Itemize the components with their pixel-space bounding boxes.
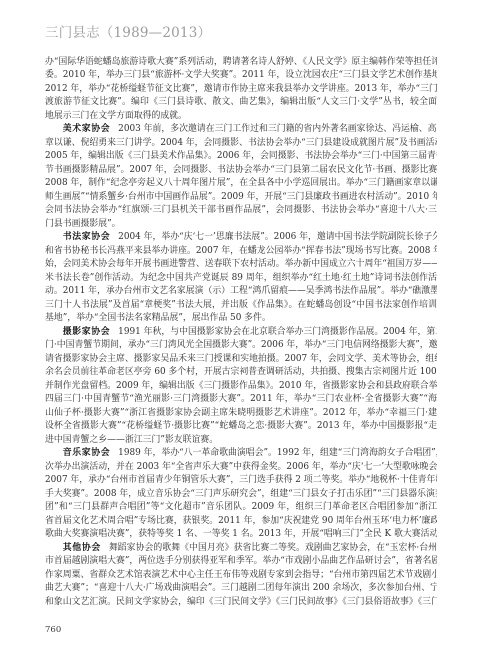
line-text: 省首届文化艺术周合唱”专场比赛，获银奖。2011 年，参加“庆祝建党 90 周年…: [45, 516, 437, 526]
section-paragraph: 音乐家协会1989 年，举办“八一革命歌曲演唱会”。1992 年，组建“三门湾海…: [45, 447, 437, 542]
line-text: 2005 年，编辑出版《三门县美术作品集》。2006 年，会同摄影、书法协会举办…: [45, 151, 437, 161]
text-line: 请省摄影家协会主席、摄影家吴品禾来三门授课和实地拍摄。2007 年，会同文学、美…: [45, 353, 437, 367]
line-text: 米书法长卷”创作活动。为纪念中国共产党诞辰 89 周年，组织举办“红土地·红土地…: [45, 273, 437, 283]
text-line: 米书法长卷”创作活动。为纪念中国共产党诞辰 89 周年，组织举办“红土地·红土地…: [45, 272, 437, 286]
text-line: 书法家协会2004 年，举办“庆‘七一’思廉书法展”。2006 年，邀请中国书法…: [45, 231, 437, 245]
line-text: 市首届越剧演唱大赛”，两位选手分别获得亚军和季军。举办“市戏剧小品曲艺作品研讨会…: [45, 556, 437, 566]
line-text: 1989 年，举办“八一革命歌曲演唱会”。1992 年，组建“三门湾海韵女子合唱…: [118, 448, 437, 458]
section-heading: 其他协会: [63, 543, 101, 553]
text-line: 2012 年，举办“花桥缢蛏节征文比赛”，邀请市作协主席来我县举办文学讲座。20…: [45, 83, 437, 97]
text-line: 其他协会舞蹈家协会的歌舞《中国月亮》获省比赛二等奖。戏剧曲艺家协会，在“玉宏杯·…: [45, 542, 437, 556]
line-text: 门县书画摄影展”。: [45, 219, 121, 229]
line-text: 动。2011 年，承办台州市文艺名家展演（示）工程“鸿爪留痕——吴季鸿书法作品展…: [45, 286, 437, 296]
text-line: 并制作光盘留档。2009 年，编辑出版《三门摄影作品集》。2010 年，省摄影家…: [45, 380, 437, 394]
line-text: 渡旅游节征文比赛”。编印《三门县诗歌、散文、曲艺集》，编辑出版“人文三门·文学”…: [45, 97, 437, 107]
text-line: 和象山文艺汇演。民间文学家协会，编印《三门民间文学》《三门民间故事》《三门县俗语…: [45, 596, 437, 610]
text-line: 委。2010 年，举办三门县“旅游杯·文学大奖赛”。2011 年，设立沈园农庄“…: [45, 69, 437, 83]
line-text: 曲艺大赛”；“喜迎十八大·广场戏曲演唱会”。三门越剧二团每年演出 200 余场次…: [45, 583, 437, 593]
text-line: 次举办出演活动，并在 2003 年“全省声乐大赛”中获得金奖。2006 年，举办…: [45, 461, 437, 475]
line-text: 歌曲大奖赛演唱决赛”，获特等奖 1 名、一等奖 1 名。2013 年，开展“唱响…: [45, 529, 437, 539]
text-line: 办“国际华语蛇蟠岛旅游诗歌大赛”系列活动，聘请著名诗人舒婷、《人民文学》原主编韩…: [45, 56, 437, 70]
text-line: 音乐家协会1989 年，举办“八一革命歌曲演唱会”。1992 年，组建“三门湾海…: [45, 447, 437, 461]
text-line: 和省书协秘书长冯燕平来县举办讲座。2007 年，在蟠龙公园举办“挥春书法”现场书…: [45, 245, 437, 259]
line-text: 2008 年，制作“纪念亭旁起义八十周年图片展”，在全县各中小学巡回展出。举办“…: [45, 178, 437, 188]
line-text: 2007 年，承办“台州市首届青少年铜管乐大赛”，三门选手获得 2 项二等奖。举…: [45, 475, 437, 485]
text-line: 曲艺大赛”；“喜迎十八大·广场戏曲演唱会”。三门越剧二团每年演出 200 余场次…: [45, 582, 437, 596]
line-text: 2012 年，举办“花桥缢蛏节征文比赛”，邀请市作协主席来我县举办文学讲座。20…: [45, 84, 437, 94]
line-text: 基地”，举办“全国书法名家精品展”，展出作品 50 多件。: [45, 313, 271, 323]
continued-paragraph: 办“国际华语蛇蟠岛旅游诗歌大赛”系列活动，聘请著名诗人舒婷、《人民文学》原主编韩…: [45, 56, 437, 124]
line-text: 四届三门·中国青蟹节“渔光丽影·三门湾摄影大赛”。2011 年，举办“三门农业杯…: [45, 394, 437, 404]
text-line: 团”和“三门县群声合唱团”等“文化超市”音乐团队。2009 年，组织三门革命老区…: [45, 501, 437, 515]
section-paragraph: 摄影家协会1991 年秋，与中国摄影家协会在北京联合举办三门湾摄影作品展。200…: [45, 326, 437, 448]
line-text: 进中国青蟹之乡——浙江三门”影友联谊赛。: [45, 435, 218, 445]
section-paragraph: 书法家协会2004 年，举办“庆‘七一’思廉书法展”。2006 年，邀请中国书法…: [45, 231, 437, 326]
section-heading: 摄影家协会: [63, 327, 110, 337]
line-text: 团”和“三门县群声合唱团”等“文化超市”音乐团队。2009 年，组织三门革命老区…: [45, 502, 437, 512]
line-text: 和省书协秘书长冯燕平来县举办讲座。2007 年，在蟠龙公园举办“挥春书法”现场书…: [45, 246, 437, 256]
line-text: 并制作光盘留档。2009 年，编辑出版《三门摄影作品集》。2010 年，省摄影家…: [45, 381, 437, 391]
line-text: 和象山文艺汇演。民间文学家协会，编印《三门民间文学》《三门民间故事》《三门县俗语…: [45, 597, 437, 607]
text-line: 进中国青蟹之乡——浙江三门”影友联谊赛。: [45, 434, 437, 448]
text-line: 动。2011 年，承办台州市文艺名家展演（示）工程“鸿爪留痕——吴季鸿书法作品展…: [45, 285, 437, 299]
document-page: 三门县志（1989—2013） 办“国际华语蛇蟠岛旅游诗歌大赛”系列活动，聘请著…: [0, 0, 480, 651]
line-text: 办“国际华语蛇蟠岛旅游诗歌大赛”系列活动，聘请著名诗人舒婷、《人民文学》原主编韩…: [45, 57, 437, 67]
line-text: 师生画展”“情系蟹乡·台州市中国画作品展”。2009 年，开展“三门县廉政书画进…: [45, 192, 437, 202]
text-line: 会同书法协会举办“红旗颂·三门县机关干部书画作品展”，会同摄影、书法协会举办“喜…: [45, 204, 437, 218]
line-text: 始，会同美术协会每年开展书画进警营、送春联下农村活动。举办新中国成立六十周年“祖…: [45, 259, 437, 269]
text-line: 市首届越剧演唱大赛”，两位选手分别获得亚军和季军。举办“市戏剧小品曲艺作品研讨会…: [45, 555, 437, 569]
line-text: 节书画摄影精品展”。2007 年，会同摄影、书法协会举办“三门县第二届农民文化节…: [45, 165, 437, 175]
section-heading: 音乐家协会: [63, 448, 110, 458]
line-text: 三门十人书法展”及首届“章梗奖”书法大展，并出版《作品集》。在蛇蟠岛创设“中国书…: [45, 300, 437, 310]
line-text: 次举办出演活动，并在 2003 年“全省声乐大赛”中获得金奖。2006 年，举办…: [45, 462, 437, 472]
page-number: 760: [45, 624, 61, 636]
text-line: 章以谦、倪绍勇来三门讲学。2004 年，会同摄影、书法协会举办“三门县建设成就图…: [45, 137, 437, 151]
text-line: 基地”，举办“全国书法名家精品展”，展出作品 50 多件。: [45, 312, 437, 326]
text-line: 门县书画摄影展”。: [45, 218, 437, 232]
text-line: 手大奖赛”。2008 年，成立音乐协会“三门声乐研究会”，组建“三门县女子打击乐…: [45, 488, 437, 502]
text-line: 师生画展”“情系蟹乡·台州市中国画作品展”。2009 年，开展“三门县廉政书画进…: [45, 191, 437, 205]
text-line: 摄影家协会1991 年秋，与中国摄影家协会在北京联合举办三门湾摄影作品展。200…: [45, 326, 437, 340]
text-line: 2007 年，承办“台州市首届青少年铜管乐大赛”，三门选手获得 2 项二等奖。举…: [45, 474, 437, 488]
text-line: 门·中国青蟹节期间，承办“三门湾风光全国摄影大赛”。2006 年，举办“三门电信…: [45, 339, 437, 353]
line-text: 章以谦、倪绍勇来三门讲学。2004 年，会同摄影、书法协会举办“三门县建设成就图…: [45, 138, 437, 148]
running-title: 三门县志（1989—2013）: [45, 24, 211, 42]
line-text: 地展示三门在文学方面取得的成就。: [45, 111, 187, 121]
text-line: 美术家协会2003 年前，多次邀请在三门工作过和三门籍的省内外著名画家徐达、冯运…: [45, 123, 437, 137]
body-text: 办“国际华语蛇蟠岛旅游诗歌大赛”系列活动，聘请著名诗人舒婷、《人民文学》原主编韩…: [45, 56, 437, 610]
line-text: 设杯全省摄影大赛”“花桥缢蛏节·摄影比赛”“蛇蟠岛之恋·摄影大赛”。2013 年…: [45, 421, 437, 431]
text-line: 渡旅游节征文比赛”。编印《三门县诗歌、散文、曲艺集》，编辑出版“人文三门·文学”…: [45, 96, 437, 110]
line-text: 会同书法协会举办“红旗颂·三门县机关干部书画作品展”，会同摄影、书法协会举办“喜…: [45, 205, 437, 215]
section-heading: 书法家协会: [63, 232, 110, 242]
text-line: 省首届文化艺术周合唱”专场比赛，获银奖。2011 年，参加“庆祝建党 90 周年…: [45, 515, 437, 529]
line-text: 1991 年秋，与中国摄影家协会在北京联合举办三门湾摄影作品展。2004 年，第…: [118, 327, 437, 337]
text-line: 四届三门·中国青蟹节“渔光丽影·三门湾摄影大赛”。2011 年，举办“三门农业杯…: [45, 393, 437, 407]
section-paragraph: 其他协会舞蹈家协会的歌舞《中国月亮》获省比赛二等奖。戏剧曲艺家协会，在“玉宏杯·…: [45, 542, 437, 610]
text-line: 2008 年，制作“纪念亭旁起义八十周年图片展”，在全县各中小学巡回展出。举办“…: [45, 177, 437, 191]
line-text: 门·中国青蟹节期间，承办“三门湾风光全国摄影大赛”。2006 年，举办“三门电信…: [45, 340, 437, 350]
text-line: 三门十人书法展”及首届“章梗奖”书法大展，并出版《作品集》。在蛇蟠岛创设“中国书…: [45, 299, 437, 313]
text-line: 始，会同美术协会每年开展书画进警营、送春联下农村活动。举办新中国成立六十周年“祖…: [45, 258, 437, 272]
line-text: 舞蹈家协会的歌舞《中国月亮》获省比赛二等奖。戏剧曲艺家协会，在“玉宏杯·台州: [109, 543, 437, 553]
text-line: 歌曲大奖赛演唱决赛”，获特等奖 1 名、一等奖 1 名。2013 年，开展“唱响…: [45, 528, 437, 542]
line-text: 山仙子杯·摄影大赛”“浙江省摄影家协会副主席朱晓明摄影艺术讲座”。2012 年，…: [45, 408, 437, 418]
line-text: 委。2010 年，举办三门县“旅游杯·文学大奖赛”。2011 年，设立沈园农庄“…: [45, 70, 437, 80]
line-text: 余名会员前往革命老区亭旁 60 多个村，开展古宗祠普查调研活动，共拍摄、搜集古宗…: [45, 367, 437, 377]
section-heading: 美术家协会: [63, 124, 110, 134]
line-text: 请省摄影家协会主席、摄影家吴品禾来三门授课和实地拍摄。2007 年，会同文学、美…: [45, 354, 437, 364]
line-text: 作家周粟、省群众艺术馆表演艺术中心主任王布伟等戏剧专家到会指导；“台州市第四届艺…: [45, 570, 437, 580]
text-line: 作家周粟、省群众艺术馆表演艺术中心主任王布伟等戏剧专家到会指导；“台州市第四届艺…: [45, 569, 437, 583]
line-text: 2004 年，举办“庆‘七一’思廉书法展”。2006 年，邀请中国书法学院副院长…: [118, 232, 437, 242]
text-line: 设杯全省摄影大赛”“花桥缢蛏节·摄影比赛”“蛇蟠岛之恋·摄影大赛”。2013 年…: [45, 420, 437, 434]
line-text: 2003 年前，多次邀请在三门工作过和三门籍的省内外著名画家徐达、冯运榆、高天祥…: [118, 124, 437, 134]
section-paragraph: 美术家协会2003 年前，多次邀请在三门工作过和三门籍的省内外著名画家徐达、冯运…: [45, 123, 437, 231]
text-line: 山仙子杯·摄影大赛”“浙江省摄影家协会副主席朱晓明摄影艺术讲座”。2012 年，…: [45, 407, 437, 421]
text-line: 2005 年，编辑出版《三门县美术作品集》。2006 年，会同摄影、书法协会举办…: [45, 150, 437, 164]
text-line: 余名会员前往革命老区亭旁 60 多个村，开展古宗祠普查调研活动，共拍摄、搜集古宗…: [45, 366, 437, 380]
text-line: 节书画摄影精品展”。2007 年，会同摄影、书法协会举办“三门县第二届农民文化节…: [45, 164, 437, 178]
line-text: 手大奖赛”。2008 年，成立音乐协会“三门声乐研究会”，组建“三门县女子打击乐…: [45, 489, 437, 499]
text-line: 地展示三门在文学方面取得的成就。: [45, 110, 437, 124]
